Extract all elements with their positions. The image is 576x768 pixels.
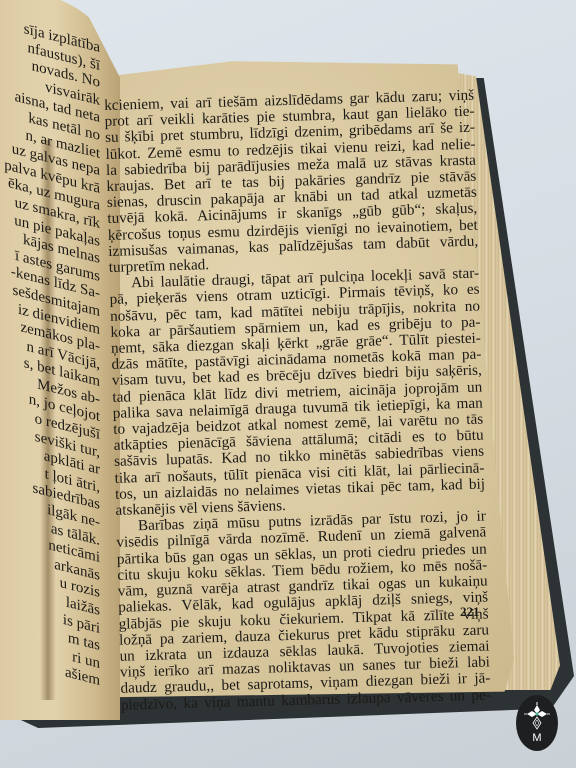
right-page-text: kcieniem, vai arī tiešām aizslīdēdams ga… bbox=[104, 88, 491, 714]
svg-text:M: M bbox=[532, 732, 541, 744]
watermark-logo: M bbox=[516, 695, 558, 751]
book-photo: sīja izplātībanfaustus), šīnovads. Novis… bbox=[0, 0, 576, 768]
diamond-flower-logo-icon: M bbox=[522, 700, 552, 746]
page-number: 221 bbox=[460, 604, 480, 620]
left-page-text: sīja izplātībanfaustus), šīnovads. Novis… bbox=[0, 15, 100, 691]
